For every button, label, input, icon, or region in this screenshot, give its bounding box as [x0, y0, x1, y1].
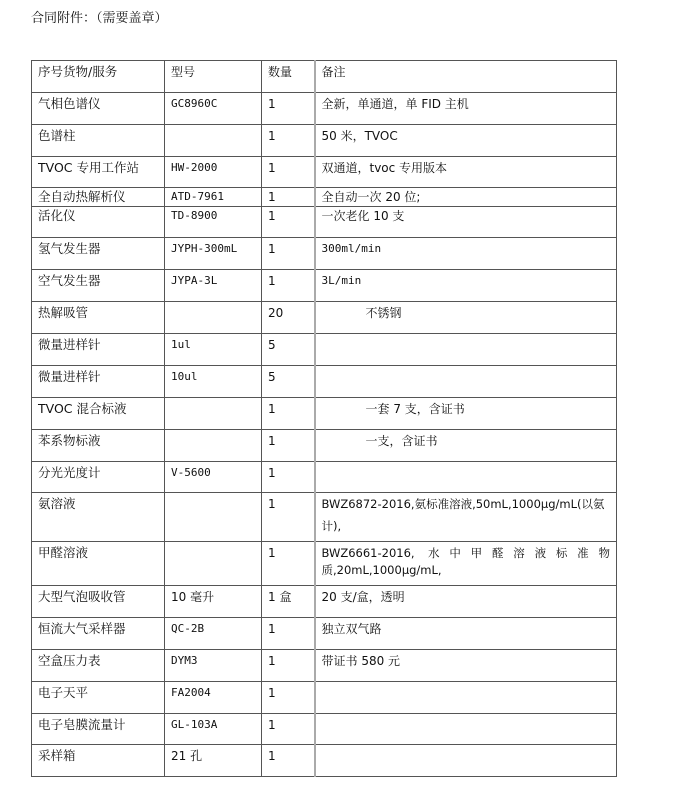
cell-name: 氢气发生器: [32, 238, 165, 270]
cell-qty: 1: [262, 125, 315, 157]
cell-name: 微量进样针: [32, 334, 165, 366]
cell-model: V-5600: [165, 462, 262, 493]
cell-model: [165, 398, 262, 430]
cell-name: 苯系物标液: [32, 430, 165, 462]
cell-qty: 1: [262, 462, 315, 493]
header-note: 备注: [315, 61, 617, 93]
cell-model: DYM3: [165, 650, 262, 682]
cell-qty: 5: [262, 366, 315, 398]
note-text: 3L/min: [322, 273, 611, 289]
cell-note: 3L/min: [315, 270, 617, 302]
table-row: 活化仪 TD-8900 1 一次老化 10 支: [32, 207, 617, 238]
cell-name: 色谱柱: [32, 125, 165, 157]
document-title: 合同附件：（需要盖章）: [31, 11, 168, 27]
cell-model: GL-103A: [165, 714, 262, 745]
note-text: 300ml/min: [322, 241, 611, 257]
note-text: 全自动一次 20 位;: [322, 189, 611, 205]
cell-name: 微量进样针: [32, 366, 165, 398]
cell-qty: 1: [262, 682, 315, 714]
note-text: 50 米，TVOC: [322, 128, 611, 144]
note-text: BWZ6872-2016,氨标准溶液,50mL,1000μg/mL(以氨计),: [322, 493, 611, 537]
cell-qty: 20: [262, 302, 315, 334]
cell-qty: 1: [262, 270, 315, 302]
cell-name: 采样箱: [32, 745, 165, 777]
header-item: 序号货物/服务: [32, 61, 165, 93]
cell-qty: 1: [262, 398, 315, 430]
cell-qty: 1: [262, 714, 315, 745]
cell-name: 氨溶液: [32, 493, 165, 542]
cell-name: TVOC 专用工作站: [32, 157, 165, 188]
table-row: 全自动热解析仪 ATD-7961 1 全自动一次 20 位;: [32, 188, 617, 207]
cell-qty: 1: [262, 238, 315, 270]
header-model: 型号: [165, 61, 262, 93]
table-row: TVOC 专用工作站 HW-2000 1 双通道，tvoc 专用版本: [32, 157, 617, 188]
cell-note: [315, 366, 617, 398]
cell-model: 1ul: [165, 334, 262, 366]
cell-note: [315, 462, 617, 493]
cell-qty: 1: [262, 542, 315, 586]
table-row: 电子天平 FA2004 1: [32, 682, 617, 714]
cell-note: 20 支/盒，透明: [315, 586, 617, 618]
cell-qty: 1: [262, 207, 315, 238]
cell-model: [165, 542, 262, 586]
cell-model: HW-2000: [165, 157, 262, 188]
cell-name: 空气发生器: [32, 270, 165, 302]
table-row: 甲醛溶液 1 BWZ6661-2016, 水中甲醛溶液标准物质,20mL,100…: [32, 542, 617, 586]
cell-note: 双通道，tvoc 专用版本: [315, 157, 617, 188]
cell-name: 全自动热解析仪: [32, 188, 165, 207]
note-text: 20 支/盒，透明: [322, 589, 611, 605]
cell-model: GC8960C: [165, 93, 262, 125]
note-text: 全新，单通道，单 FID 主机: [322, 96, 611, 112]
note-text: 独立双气路: [322, 621, 611, 637]
cell-name: 空盒压力表: [32, 650, 165, 682]
cell-note: 一次老化 10 支: [315, 207, 617, 238]
cell-note: 50 米，TVOC: [315, 125, 617, 157]
cell-name: 气相色谱仪: [32, 93, 165, 125]
cell-name: 电子天平: [32, 682, 165, 714]
note-text: 带证书 580 元: [322, 653, 611, 669]
cell-note: BWZ6872-2016,氨标准溶液,50mL,1000μg/mL(以氨计),: [315, 493, 617, 542]
cell-name: 热解吸管: [32, 302, 165, 334]
table-header-row: 序号货物/服务 型号 数量 备注: [32, 61, 617, 93]
cell-note: 全自动一次 20 位;: [315, 188, 617, 207]
cell-note: 全新，单通道，单 FID 主机: [315, 93, 617, 125]
cell-name: 大型气泡吸收管: [32, 586, 165, 618]
cell-model: JYPH-300mL: [165, 238, 262, 270]
cell-note: [315, 745, 617, 777]
note-text: 一套 7 支，含证书: [322, 401, 611, 417]
cell-note: 一套 7 支，含证书: [315, 398, 617, 430]
cell-name: 恒流大气采样器: [32, 618, 165, 650]
cell-model: JYPA-3L: [165, 270, 262, 302]
cell-note: [315, 334, 617, 366]
table-row: 恒流大气采样器 QC-2B 1 独立双气路: [32, 618, 617, 650]
cell-qty: 1: [262, 93, 315, 125]
cell-name: TVOC 混合标液: [32, 398, 165, 430]
table-row: 热解吸管 20 不锈钢: [32, 302, 617, 334]
cell-qty: 1: [262, 650, 315, 682]
table-row: 氨溶液 1 BWZ6872-2016,氨标准溶液,50mL,1000μg/mL(…: [32, 493, 617, 542]
cell-qty: 1 盒: [262, 586, 315, 618]
cell-model: ATD-7961: [165, 188, 262, 207]
cell-name: 甲醛溶液: [32, 542, 165, 586]
cell-model: [165, 493, 262, 542]
table-row: 氢气发生器 JYPH-300mL 1 300ml/min: [32, 238, 617, 270]
table-row: 气相色谱仪 GC8960C 1 全新，单通道，单 FID 主机: [32, 93, 617, 125]
note-text: BWZ6661-2016, 水中甲醛溶液标准物质,20mL,1000μg/mL,: [322, 545, 611, 579]
cell-qty: 1: [262, 745, 315, 777]
cell-note: BWZ6661-2016, 水中甲醛溶液标准物质,20mL,1000μg/mL,: [315, 542, 617, 586]
cell-note: 独立双气路: [315, 618, 617, 650]
table-row: 微量进样针 1ul 5: [32, 334, 617, 366]
cell-note: [315, 714, 617, 745]
cell-qty: 1: [262, 188, 315, 207]
header-qty: 数量: [262, 61, 315, 93]
cell-model: TD-8900: [165, 207, 262, 238]
table-row: 分光光度计 V-5600 1: [32, 462, 617, 493]
cell-model: [165, 125, 262, 157]
table-row: 大型气泡吸收管 10 毫升 1 盒 20 支/盒，透明: [32, 586, 617, 618]
table-row: 采样箱 21 孔 1: [32, 745, 617, 777]
cell-note: [315, 682, 617, 714]
note-text: 一支，含证书: [322, 433, 611, 449]
cell-qty: 1: [262, 618, 315, 650]
table-row: 苯系物标液 1 一支，含证书: [32, 430, 617, 462]
cell-model: QC-2B: [165, 618, 262, 650]
cell-note: 带证书 580 元: [315, 650, 617, 682]
cell-model: 21 孔: [165, 745, 262, 777]
table-row: 微量进样针 10ul 5: [32, 366, 617, 398]
table-row: 色谱柱 1 50 米，TVOC: [32, 125, 617, 157]
cell-model: 10 毫升: [165, 586, 262, 618]
table-row: 电子皂膜流量计 GL-103A 1: [32, 714, 617, 745]
cell-model: [165, 430, 262, 462]
table-row: TVOC 混合标液 1 一套 7 支，含证书: [32, 398, 617, 430]
cell-model: FA2004: [165, 682, 262, 714]
cell-name: 分光光度计: [32, 462, 165, 493]
cell-qty: 5: [262, 334, 315, 366]
table-row: 空盒压力表 DYM3 1 带证书 580 元: [32, 650, 617, 682]
note-text: 双通道，tvoc 专用版本: [322, 160, 611, 176]
note-text: 不锈钢: [322, 305, 611, 321]
cell-qty: 1: [262, 430, 315, 462]
cell-model: 10ul: [165, 366, 262, 398]
cell-name: 活化仪: [32, 207, 165, 238]
cell-note: 300ml/min: [315, 238, 617, 270]
contract-items-table: 序号货物/服务 型号 数量 备注 气相色谱仪 GC8960C 1 全新，单通道，…: [31, 60, 617, 777]
cell-note: 一支，含证书: [315, 430, 617, 462]
cell-qty: 1: [262, 493, 315, 542]
cell-name: 电子皂膜流量计: [32, 714, 165, 745]
note-text: 一次老化 10 支: [322, 208, 611, 224]
cell-note: 不锈钢: [315, 302, 617, 334]
table-row: 空气发生器 JYPA-3L 1 3L/min: [32, 270, 617, 302]
cell-qty: 1: [262, 157, 315, 188]
cell-model: [165, 302, 262, 334]
